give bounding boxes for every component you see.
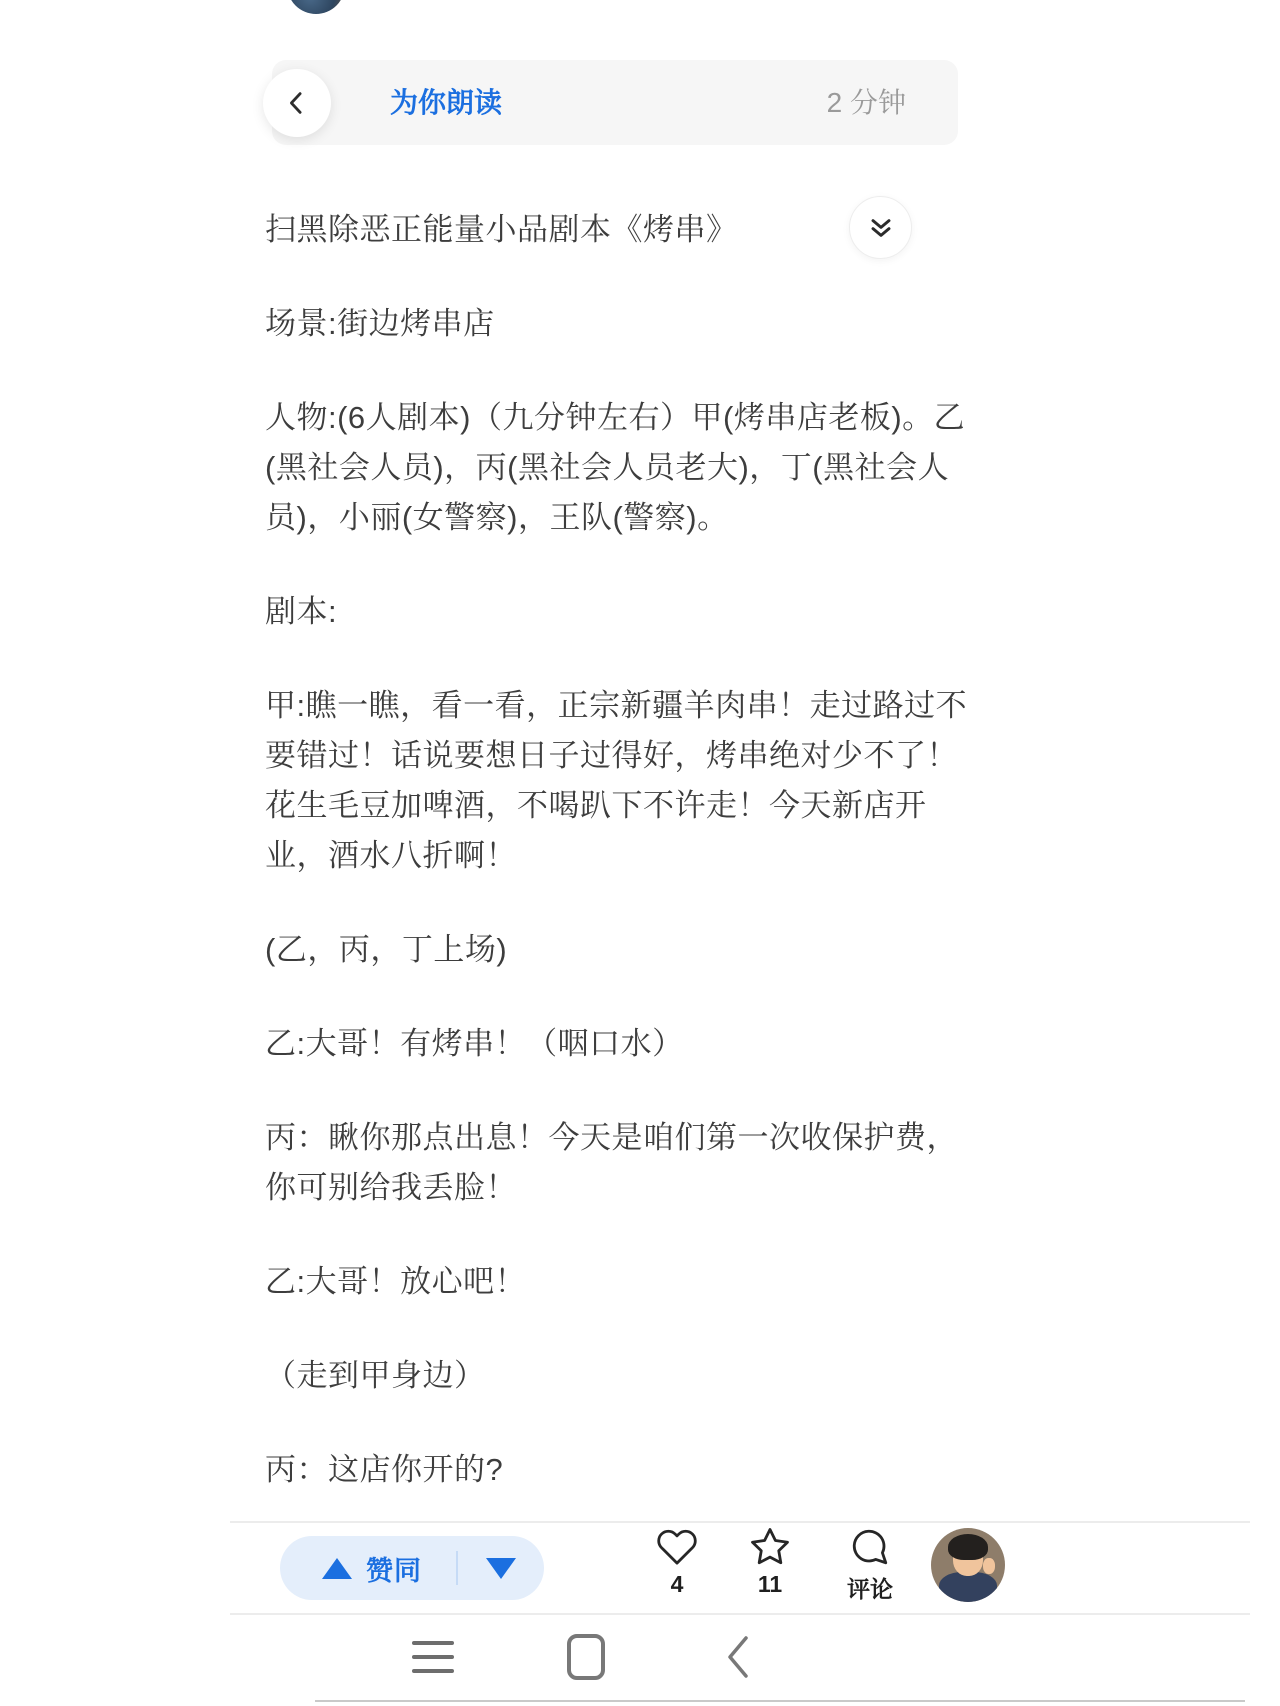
speech-bubble-icon: [849, 1526, 891, 1568]
upvote-label: 赞同: [366, 1549, 422, 1588]
back-nav-button[interactable]: [724, 1634, 752, 1680]
nav-bar-divider: [230, 1613, 1250, 1615]
partial-avatar: [287, 0, 345, 14]
text-line: 人物:(6人剧本)（九分钟左右）甲(烤串店老板)。乙: [265, 393, 930, 443]
text-line: 乙:大哥！放心吧！: [265, 1257, 930, 1307]
comment-button[interactable]: 评论: [835, 1526, 905, 1604]
chevron-left-icon: [282, 88, 312, 118]
bottom-divider: [315, 1700, 1245, 1702]
screen: 为你朗读 2 分钟 扫黑除恶正能量小品剧本《烤串》场景:街边烤串店人物:(6人剧…: [0, 0, 1280, 1706]
text-line: 花生毛豆加啤酒，不喝趴下不许走！今天新店开: [265, 781, 930, 831]
text-line: 要错过！话说要想日子过得好，烤串绝对少不了！: [265, 731, 930, 781]
favorite-count: 11: [758, 1571, 782, 1598]
article-body: 扫黑除恶正能量小品剧本《烤串》场景:街边烤串店人物:(6人剧本)（九分钟左右）甲…: [265, 205, 930, 1539]
text-line: 场景:街边烤串店: [265, 299, 930, 349]
triangle-down-icon: [486, 1558, 516, 1579]
back-button[interactable]: [263, 69, 331, 137]
text-line: 丙：这店你开的?: [265, 1445, 930, 1495]
paragraph: 扫黑除恶正能量小品剧本《烤串》: [265, 205, 930, 255]
home-button[interactable]: [567, 1634, 605, 1680]
paragraph: （走到甲身边）: [265, 1351, 930, 1401]
paragraph: 乙:大哥！有烤串！（咽口水）: [265, 1019, 930, 1069]
action-bar-divider: [230, 1521, 1250, 1523]
avatar-body: [939, 1572, 997, 1602]
downvote-button[interactable]: [458, 1536, 544, 1600]
read-duration: 2 分钟: [827, 60, 906, 145]
paragraph: 人物:(6人剧本)（九分钟左右）甲(烤串店老板)。乙(黑社会人员)，丙(黑社会人…: [265, 393, 930, 543]
triangle-up-icon: [322, 1558, 352, 1579]
text-line: (乙，丙，丁上场): [265, 925, 930, 975]
chevron-left-icon: [725, 1635, 751, 1679]
text-line: 员)，小丽(女警察)，王队(警察)。: [265, 493, 930, 543]
paragraph: 丙：瞅你那点出息！今天是咱们第一次收保护费，你可别给我丢脸！: [265, 1113, 930, 1213]
favorite-button[interactable]: 11: [735, 1526, 805, 1598]
user-avatar[interactable]: [931, 1528, 1005, 1602]
hamburger-icon: [412, 1641, 454, 1645]
paragraph: 乙:大哥！放心吧！: [265, 1257, 930, 1307]
star-icon: [747, 1526, 793, 1568]
paragraph: (乙，丙，丁上场): [265, 925, 930, 975]
avatar-hand: [983, 1558, 995, 1574]
text-line: 丙：瞅你那点出息！今天是咱们第一次收保护费，: [265, 1113, 930, 1163]
heart-icon: [655, 1526, 699, 1568]
text-line: 剧本:: [265, 587, 930, 637]
vote-pill: 赞同: [280, 1536, 544, 1600]
like-count: 4: [671, 1571, 684, 1598]
read-aloud-bar: 为你朗读 2 分钟: [272, 60, 958, 145]
menu-button[interactable]: [412, 1641, 454, 1673]
paragraph: 场景:街边烤串店: [265, 299, 930, 349]
comment-label: 评论: [847, 1571, 893, 1604]
text-line: 你可别给我丢脸！: [265, 1163, 930, 1213]
like-button[interactable]: 4: [642, 1526, 712, 1598]
paragraph: 丙：这店你开的?: [265, 1445, 930, 1495]
avatar-hair: [948, 1534, 988, 1560]
text-line: 甲:瞧一瞧，看一看，正宗新疆羊肉串！走过路过不: [265, 681, 930, 731]
paragraph: 甲:瞧一瞧，看一看，正宗新疆羊肉串！走过路过不要错过！话说要想日子过得好，烤串绝…: [265, 681, 930, 881]
read-aloud-title[interactable]: 为你朗读: [390, 60, 502, 145]
upvote-button[interactable]: 赞同: [280, 1536, 428, 1600]
paragraph: 剧本:: [265, 587, 930, 637]
text-line: 业，酒水八折啊！: [265, 831, 930, 881]
text-line: 乙:大哥！有烤串！（咽口水）: [265, 1019, 930, 1069]
text-line: 扫黑除恶正能量小品剧本《烤串》: [265, 205, 930, 255]
text-line: (黑社会人员)，丙(黑社会人员老大)，丁(黑社会人: [265, 443, 930, 493]
text-line: （走到甲身边）: [265, 1351, 930, 1401]
